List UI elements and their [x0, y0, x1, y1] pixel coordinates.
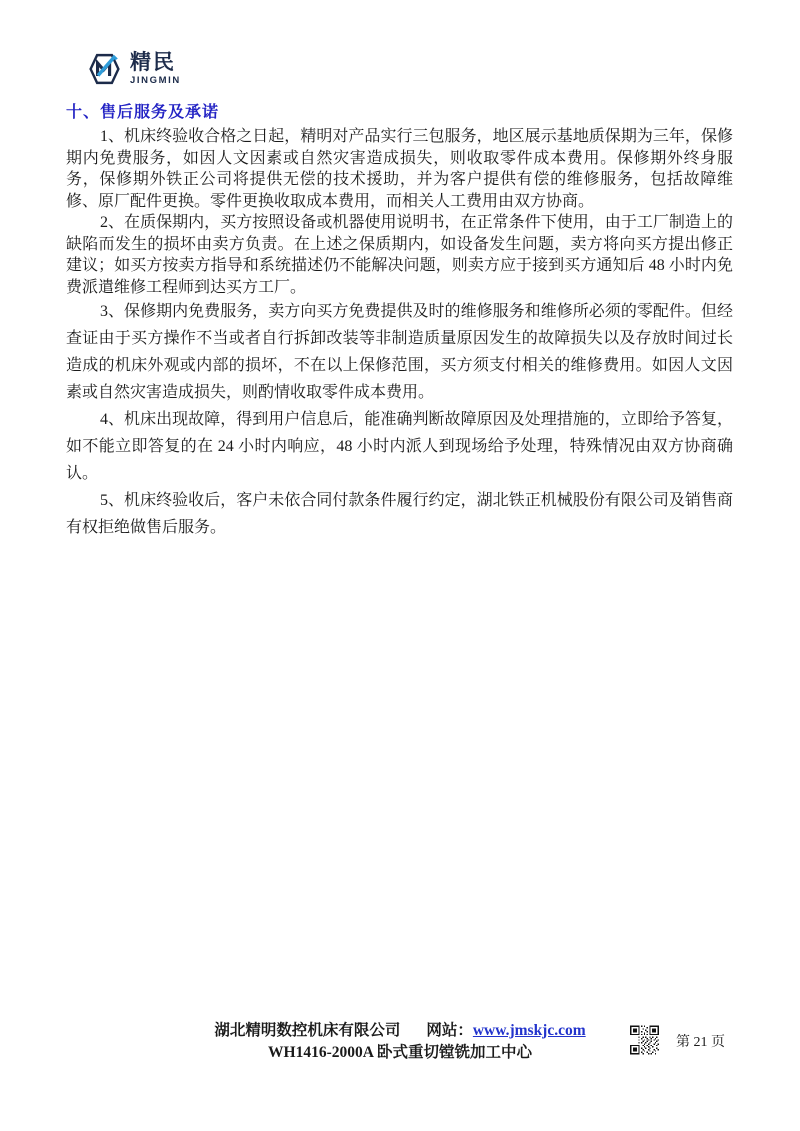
section-heading: 十、售后服务及承诺 [66, 99, 219, 122]
qr-code [630, 1025, 659, 1060]
body-text: 1、机床终验收合格之日起，精明对产品实行三包服务，地区展示基地质保期为三年，保修… [66, 126, 733, 541]
logo-name-cn: 精民 [130, 52, 181, 73]
company-logo: 精民 JINGMIN [86, 50, 181, 88]
document-page: 精民 JINGMIN 十、售后服务及承诺 1、机床终验收合格之日起，精明对产品实… [0, 0, 800, 1131]
footer-website-link[interactable]: www.jmskjc.com [473, 1022, 586, 1039]
paragraph-3: 3、保修期内免费服务，卖方向买方免费提供及时的维修服务和维修所必须的零配件。但经… [66, 298, 733, 406]
paragraph-1: 1、机床终验收合格之日起，精明对产品实行三包服务，地区展示基地质保期为三年，保修… [66, 126, 733, 212]
logo-name-en: JINGMIN [130, 76, 181, 86]
footer-company-name: 湖北精明数控机床有限公司 [214, 1022, 400, 1039]
paragraph-5: 5、机床终验收后，客户未依合同付款条件履行约定，湖北铁正机械股份有限公司及销售商… [66, 487, 733, 541]
paragraph-2: 2、在质保期内，买方按照设备或机器使用说明书，在正常条件下使用，由于工厂制造上的… [66, 212, 733, 298]
footer-website-label: 网站： [426, 1022, 473, 1039]
page-number: 第 21 页 [676, 1031, 725, 1051]
paragraph-4: 4、机床出现故障，得到用户信息后，能准确判断故障原因及处理措施的，立即给予答复，… [66, 406, 733, 487]
logo-text: 精民 JINGMIN [130, 52, 181, 86]
jingmin-hexagon-logo-icon [86, 50, 123, 88]
